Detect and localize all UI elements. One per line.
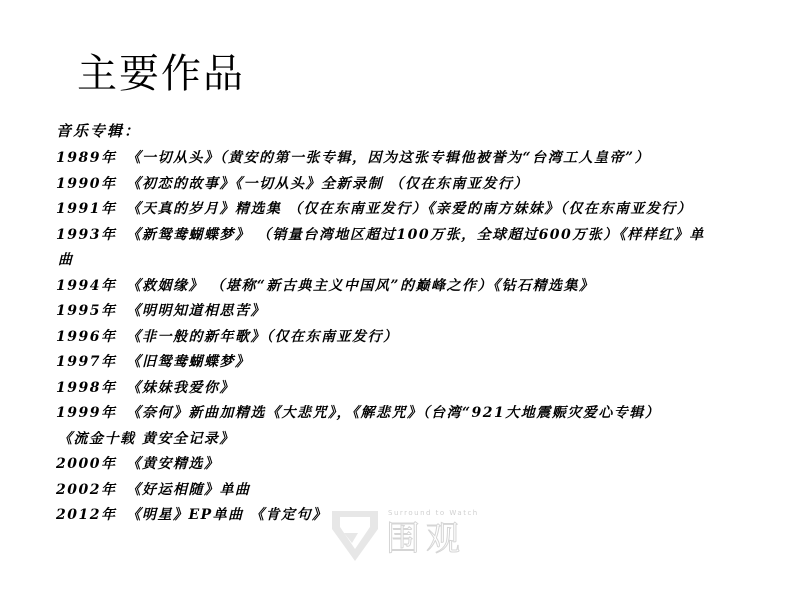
album-text: 曲	[58, 252, 74, 268]
section-heading-music-albums: 音乐专辑：	[56, 120, 141, 142]
album-text: 《救姻缘》 （堪称“新古典主义中国风”的巅峰之作）《钻石精选集》	[126, 278, 594, 294]
album-text: 《初恋的故事》《一切从头》全新录制 （仅在东南亚发行）	[126, 176, 528, 192]
album-year: 1999年	[56, 401, 116, 427]
album-year: 2002年	[56, 478, 116, 504]
album-year: 1990年	[56, 172, 116, 198]
album-text: 《非一般的新年歌》（仅在东南亚发行）	[126, 329, 398, 345]
slide-title: 主要作品	[77, 48, 245, 100]
album-entry-1993-continued: 曲	[56, 248, 776, 274]
album-entry-1989: 1989年《一切从头》（黄安的第一张专辑，因为这张专辑他被誉为“台湾工人皇帝”）	[56, 146, 776, 172]
watermark: Surround to Watch 围观	[330, 505, 490, 565]
watermark-logo-icon	[330, 509, 380, 564]
album-year: 2000年	[56, 452, 116, 478]
album-list: 1989年《一切从头》（黄安的第一张专辑，因为这张专辑他被誉为“台湾工人皇帝”）…	[56, 146, 776, 529]
watermark-tagline: Surround to Watch	[388, 509, 479, 517]
album-text: 《好运相随》单曲	[126, 482, 250, 498]
album-text: 《明明知道相思苦》	[126, 303, 266, 319]
album-year: 1996年	[56, 325, 116, 351]
album-entry-2000: 2000年《黄安精选》	[56, 452, 776, 478]
album-text: 《奈何》新曲加精选《大悲咒》，《解悲咒》（台湾“921大地震赈灾爱心专辑）	[126, 405, 660, 421]
album-text: 《明星》EP单曲 《肯定句》	[126, 507, 327, 523]
album-text: 《黄安精选》	[126, 456, 219, 472]
album-year: 1994年	[56, 274, 116, 300]
album-text: 《一切从头》（黄安的第一张专辑，因为这张专辑他被誉为“台湾工人皇帝”）	[126, 150, 650, 166]
album-entry-1999: 1999年《奈何》新曲加精选《大悲咒》，《解悲咒》（台湾“921大地震赈灾爱心专…	[56, 401, 776, 427]
album-entry-1993: 1993年《新鸳鸯蝴蝶梦》 （销量台湾地区超过100万张，全球超过600万张）《…	[56, 223, 776, 249]
album-entry-1996: 1996年《非一般的新年歌》（仅在东南亚发行）	[56, 325, 776, 351]
album-entry-1995: 1995年《明明知道相思苦》	[56, 299, 776, 325]
album-text: 《天真的岁月》精选集 （仅在东南亚发行）《亲爱的南方妹妹》（仅在东南亚发行）	[126, 201, 692, 217]
album-entry-2002: 2002年《好运相随》单曲	[56, 478, 776, 504]
album-entry-1998: 1998年《妹妹我爱你》	[56, 376, 776, 402]
album-text: 《新鸳鸯蝴蝶梦》 （销量台湾地区超过100万张，全球超过600万张）《样样红》单	[126, 227, 704, 243]
album-entry-1991: 1991年《天真的岁月》精选集 （仅在东南亚发行）《亲爱的南方妹妹》（仅在东南亚…	[56, 197, 776, 223]
album-year: 1993年	[56, 223, 116, 249]
album-entry-1999-continued: 《流金十载 黄安全记录》	[56, 427, 776, 453]
watermark-text: 围观	[386, 519, 466, 559]
album-entry-1990: 1990年《初恋的故事》《一切从头》全新录制 （仅在东南亚发行）	[56, 172, 776, 198]
album-entry-1997: 1997年《旧鸳鸯蝴蝶梦》	[56, 350, 776, 376]
album-year: 2012年	[56, 503, 116, 529]
album-year: 1998年	[56, 376, 116, 402]
album-text: 《旧鸳鸯蝴蝶梦》	[126, 354, 250, 370]
album-year: 1997年	[56, 350, 116, 376]
album-year: 1989年	[56, 146, 116, 172]
album-year: 1995年	[56, 299, 116, 325]
album-text: 《流金十载 黄安全记录》	[58, 431, 235, 447]
album-entry-1994: 1994年《救姻缘》 （堪称“新古典主义中国风”的巅峰之作）《钻石精选集》	[56, 274, 776, 300]
album-year: 1991年	[56, 197, 116, 223]
album-text: 《妹妹我爱你》	[126, 380, 235, 396]
